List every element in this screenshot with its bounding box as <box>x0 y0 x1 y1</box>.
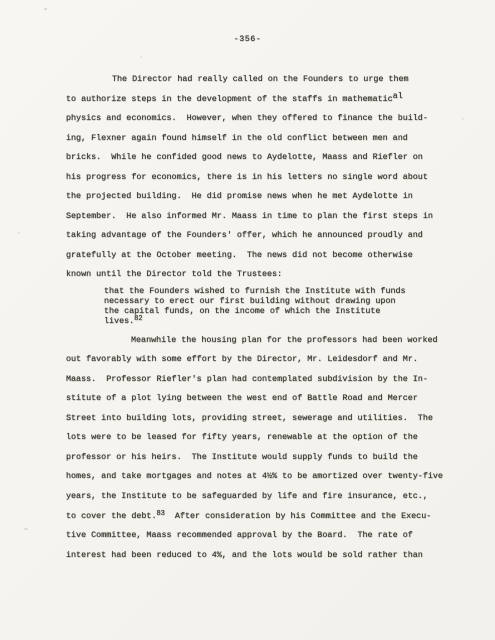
body-line: lots were to be leased for fifty years, … <box>66 428 466 448</box>
line-text: to cover the debt. <box>66 511 156 521</box>
body-line: Meanwhile the housing plan for the profe… <box>66 331 466 351</box>
line-text: to authorize steps in the development of… <box>66 94 393 104</box>
body-line: homes, and take mortgages and notes at 4… <box>66 467 466 487</box>
paragraph-1: The Director had really called on the Fo… <box>66 70 466 285</box>
body-line: gratefully at the October meeting. The n… <box>66 246 466 266</box>
paper-speck <box>44 8 47 10</box>
body-line: professor or his heirs. The Institute wo… <box>66 448 466 468</box>
quote-line: lives.82 <box>66 317 466 327</box>
paragraph-2: Meanwhile the housing plan for the profe… <box>66 331 466 566</box>
page-number: -356- <box>0 34 495 44</box>
paper-speck <box>140 56 142 58</box>
body-line: September. He also informed Mr. Maass in… <box>66 207 466 227</box>
body-line: interest had been reduced to 4%, and the… <box>66 546 466 566</box>
body-line: to cover the debt.83 After consideration… <box>66 507 466 527</box>
body-line: the projected building. He did promise n… <box>66 187 466 207</box>
body-line: physics and economics. However, when the… <box>66 109 466 129</box>
body-line: his progress for economics, there is in … <box>66 168 466 188</box>
paper-speck <box>18 232 20 234</box>
body-line: tive Committee, Maass recommended approv… <box>66 526 466 546</box>
paper-speck <box>24 528 28 530</box>
body-line: to authorize steps in the development of… <box>66 90 466 110</box>
body-line: bricks. While he confided good news to A… <box>66 148 466 168</box>
line-text: After consideration by his Committee and… <box>165 511 431 521</box>
scanned-document-page: -356- The Director had really called on … <box>0 0 495 640</box>
body-line: Street into building lots, providing str… <box>66 409 466 429</box>
document-body: The Director had really called on the Fo… <box>66 70 466 565</box>
footnote-reference: 83 <box>156 510 164 518</box>
body-line: Maass. Professor Riefler's plan had cont… <box>66 370 466 390</box>
body-line: The Director had really called on the Fo… <box>66 70 466 90</box>
body-line: known until the Director told the Truste… <box>66 265 466 285</box>
footnote-reference: 82 <box>134 315 142 323</box>
body-line: stitute of a plot lying between the west… <box>66 389 466 409</box>
body-line: out favorably with some effort by the Di… <box>66 350 466 370</box>
body-line: years, the Institute to be safeguarded b… <box>66 487 466 507</box>
typewriter-raised-text: al <box>393 91 403 101</box>
body-line: ing, Flexner again found himself in the … <box>66 129 466 149</box>
block-quote: that the Founders wished to furnish the … <box>66 287 466 327</box>
body-line: taking advantage of the Founders' offer,… <box>66 226 466 246</box>
line-text: lives. <box>104 316 134 326</box>
